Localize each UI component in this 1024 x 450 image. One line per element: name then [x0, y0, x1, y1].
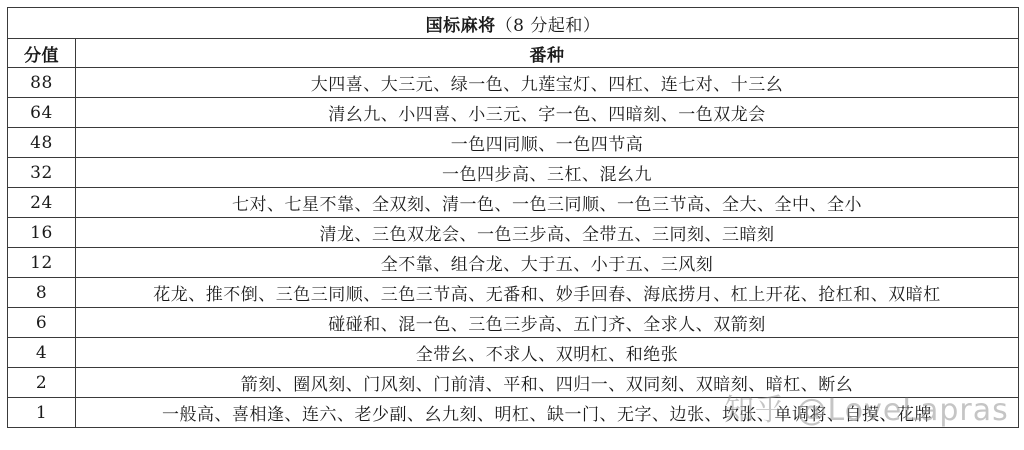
- fans-cell: 一色四同顺、一色四节高: [76, 128, 1019, 158]
- table-title-main: 国标麻将: [426, 16, 496, 36]
- score-cell: 1: [8, 398, 76, 428]
- table-row: 8 花龙、推不倒、三色三同顺、三色三节高、无番和、妙手回春、海底捞月、杠上开花、…: [8, 278, 1019, 308]
- score-cell: 16: [8, 218, 76, 248]
- fans-cell: 箭刻、圈风刻、门风刻、门前清、平和、四归一、双同刻、双暗刻、暗杠、断幺: [76, 368, 1019, 398]
- score-cell: 24: [8, 188, 76, 218]
- fans-cell: 全带幺、不求人、双明杠、和绝张: [76, 338, 1019, 368]
- table-row: 2 箭刻、圈风刻、门风刻、门前清、平和、四归一、双同刻、双暗刻、暗杠、断幺: [8, 368, 1019, 398]
- fans-cell: 碰碰和、混一色、三色三步高、五门齐、全求人、双箭刻: [76, 308, 1019, 338]
- table-row: 4 全带幺、不求人、双明杠、和绝张: [8, 338, 1019, 368]
- table-title-sub: （8 分起和）: [496, 16, 601, 36]
- mahjong-scoring-table-container: 国标麻将（8 分起和） 分值 番种 88 大四喜、大三元、绿一色、九莲宝灯、四杠…: [7, 7, 1018, 428]
- column-header-score: 分值: [8, 39, 76, 68]
- table-row: 6 碰碰和、混一色、三色三步高、五门齐、全求人、双箭刻: [8, 308, 1019, 338]
- title-row: 国标麻将（8 分起和）: [8, 8, 1019, 39]
- fans-cell: 七对、七星不靠、全双刻、清一色、一色三同顺、一色三节高、全大、全中、全小: [76, 188, 1019, 218]
- fans-cell: 清幺九、小四喜、小三元、字一色、四暗刻、一色双龙会: [76, 98, 1019, 128]
- table-row: 88 大四喜、大三元、绿一色、九莲宝灯、四杠、连七对、十三幺: [8, 68, 1019, 98]
- fans-cell: 清龙、三色双龙会、一色三步高、全带五、三同刻、三暗刻: [76, 218, 1019, 248]
- table-row: 24 七对、七星不靠、全双刻、清一色、一色三同顺、一色三节高、全大、全中、全小: [8, 188, 1019, 218]
- column-header-fans: 番种: [76, 39, 1019, 68]
- mahjong-scoring-table: 国标麻将（8 分起和） 分值 番种 88 大四喜、大三元、绿一色、九莲宝灯、四杠…: [7, 7, 1019, 428]
- fans-cell: 大四喜、大三元、绿一色、九莲宝灯、四杠、连七对、十三幺: [76, 68, 1019, 98]
- score-cell: 48: [8, 128, 76, 158]
- score-cell: 6: [8, 308, 76, 338]
- table-row: 1 一般高、喜相逢、连六、老少副、幺九刻、明杠、缺一门、无字、边张、坎张、单调将…: [8, 398, 1019, 428]
- fans-cell: 一色四步高、三杠、混幺九: [76, 158, 1019, 188]
- table-row: 64 清幺九、小四喜、小三元、字一色、四暗刻、一色双龙会: [8, 98, 1019, 128]
- table-title: 国标麻将（8 分起和）: [8, 8, 1019, 39]
- score-cell: 2: [8, 368, 76, 398]
- score-cell: 88: [8, 68, 76, 98]
- table-row: 48 一色四同顺、一色四节高: [8, 128, 1019, 158]
- fans-cell: 一般高、喜相逢、连六、老少副、幺九刻、明杠、缺一门、无字、边张、坎张、单调将、自…: [76, 398, 1019, 428]
- table-row: 12 全不靠、组合龙、大于五、小于五、三风刻: [8, 248, 1019, 278]
- header-row: 分值 番种: [8, 39, 1019, 68]
- score-cell: 32: [8, 158, 76, 188]
- fans-cell: 花龙、推不倒、三色三同顺、三色三节高、无番和、妙手回春、海底捞月、杠上开花、抢杠…: [76, 278, 1019, 308]
- fans-cell: 全不靠、组合龙、大于五、小于五、三风刻: [76, 248, 1019, 278]
- score-cell: 8: [8, 278, 76, 308]
- table-row: 32 一色四步高、三杠、混幺九: [8, 158, 1019, 188]
- score-cell: 64: [8, 98, 76, 128]
- score-cell: 4: [8, 338, 76, 368]
- score-cell: 12: [8, 248, 76, 278]
- table-row: 16 清龙、三色双龙会、一色三步高、全带五、三同刻、三暗刻: [8, 218, 1019, 248]
